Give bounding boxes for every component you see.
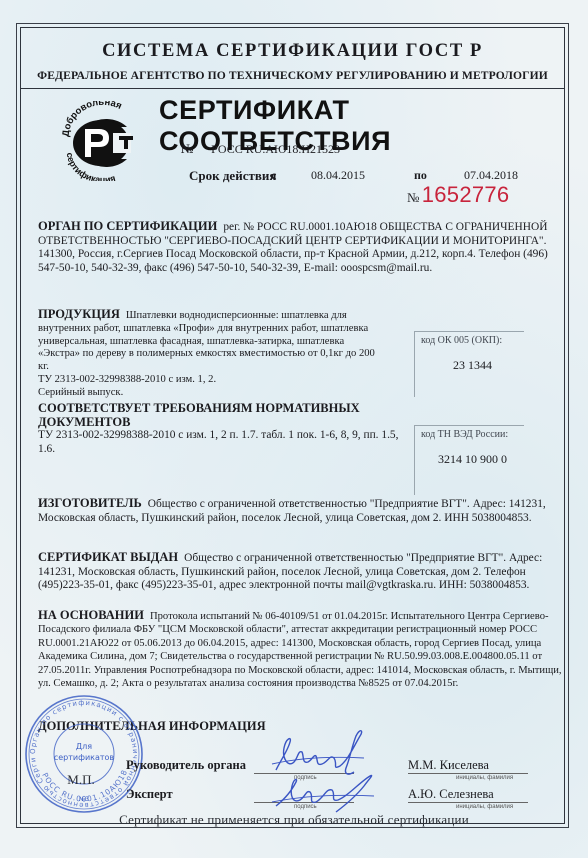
tnved-code-box: код ТН ВЭД России: 3214 10 900 0	[414, 425, 524, 495]
okp-code-label: код ОК 005 (ОКП):	[421, 335, 502, 346]
serial-label: №	[407, 190, 420, 205]
system-title: СИСТЕМА СЕРТИФИКАЦИИ ГОСТ Р	[21, 41, 564, 62]
agency-name: ФЕДЕРАЛЬНОЕ АГЕНТСТВО ПО ТЕХНИЧЕСКОМУ РЕ…	[21, 69, 564, 82]
okp-code-box: код ОК 005 (ОКП): 23 1344	[414, 331, 524, 397]
rst-logo-icon: Добровольная сертификация	[55, 101, 147, 181]
issued-to-section: СЕРТИФИКАТ ВЫДАНОбщество с ограниченной …	[38, 551, 563, 593]
basis-heading: НА ОСНОВАНИИ	[38, 608, 144, 622]
valid-from-date: 08.04.2015	[311, 168, 365, 183]
validity-row: Срок действия с 08.04.2015 по 07.04.2018	[189, 168, 569, 184]
certification-body-section: ОРГАН ПО СЕРТИФИКАЦИИрег. № РОСС RU.0001…	[38, 220, 556, 275]
valid-to-label: по	[414, 168, 427, 183]
head-name-caption: инициалы, фамилия	[456, 775, 513, 781]
expert-name: А.Ю. Селезнева	[408, 787, 528, 803]
conformity-heading: СООТВЕТСТВУЕТ ТРЕБОВАНИЯМ НОРМАТИВНЫХ ДО…	[38, 402, 412, 429]
stamp-center-line1: Для	[76, 742, 92, 751]
stamp-number: №3	[79, 796, 89, 803]
production-type: Серийный выпуск.	[38, 387, 123, 398]
seal-place-label: М.П.	[67, 772, 94, 787]
valid-to-date: 07.04.2018	[464, 168, 518, 183]
tnved-code-value: 3214 10 900 0	[421, 452, 524, 467]
validity-label: Срок действия	[189, 168, 276, 183]
expert-role: Эксперт	[126, 787, 173, 802]
tnved-code-label: код ТН ВЭД России:	[421, 429, 508, 440]
conformity-text: ТУ 2313-002-32998388-2010 с изм. 1, 2 п.…	[38, 429, 398, 455]
stamp-center-line2: сертификатов	[54, 753, 115, 762]
product-heading: ПРОДУКЦИЯ	[38, 307, 120, 321]
number-label: №	[181, 141, 194, 156]
conformity-section: СООТВЕТСТВУЕТ ТРЕБОВАНИЯМ НОРМАТИВНЫХ ДО…	[38, 402, 418, 456]
expert-name-caption: инициалы, фамилия	[456, 804, 513, 810]
product-spec: ТУ 2313-002-32998388-2010 с изм. 1, 2.	[38, 374, 216, 385]
okp-code-value: 23 1344	[421, 358, 524, 373]
manufacturer-section: ИЗГОТОВИТЕЛЬОбщество с ограниченной отве…	[38, 497, 563, 525]
basis-text: Протокола испытаний № 06-40109/51 от 01.…	[38, 611, 562, 689]
basis-section: НА ОСНОВАНИИПротокола испытаний № 06-401…	[38, 609, 563, 690]
product-section: ПРОДУКЦИЯШпатлевки воднодисперсионные: ш…	[38, 308, 383, 400]
issued-to-heading: СЕРТИФИКАТ ВЫДАН	[38, 550, 178, 564]
certification-body-heading: ОРГАН ПО СЕРТИФИКАЦИИ	[38, 219, 217, 233]
voluntary-certification-note: Сертификат не применяется при обязательн…	[0, 812, 588, 828]
certificate-number: РОСС RU.АЮ18.Н21523	[211, 142, 340, 156]
serial-value: 1652776	[422, 182, 510, 207]
manufacturer-heading: ИЗГОТОВИТЕЛЬ	[38, 496, 142, 510]
head-role: Руководитель органа	[126, 758, 246, 773]
header-divider	[21, 88, 564, 89]
certificate-number-row: № РОСС RU.АЮ18.Н21523	[181, 141, 340, 157]
head-name: М.М. Киселева	[408, 758, 528, 774]
blank-serial-number: №1652776	[407, 182, 509, 208]
valid-from-label: с	[271, 168, 276, 183]
